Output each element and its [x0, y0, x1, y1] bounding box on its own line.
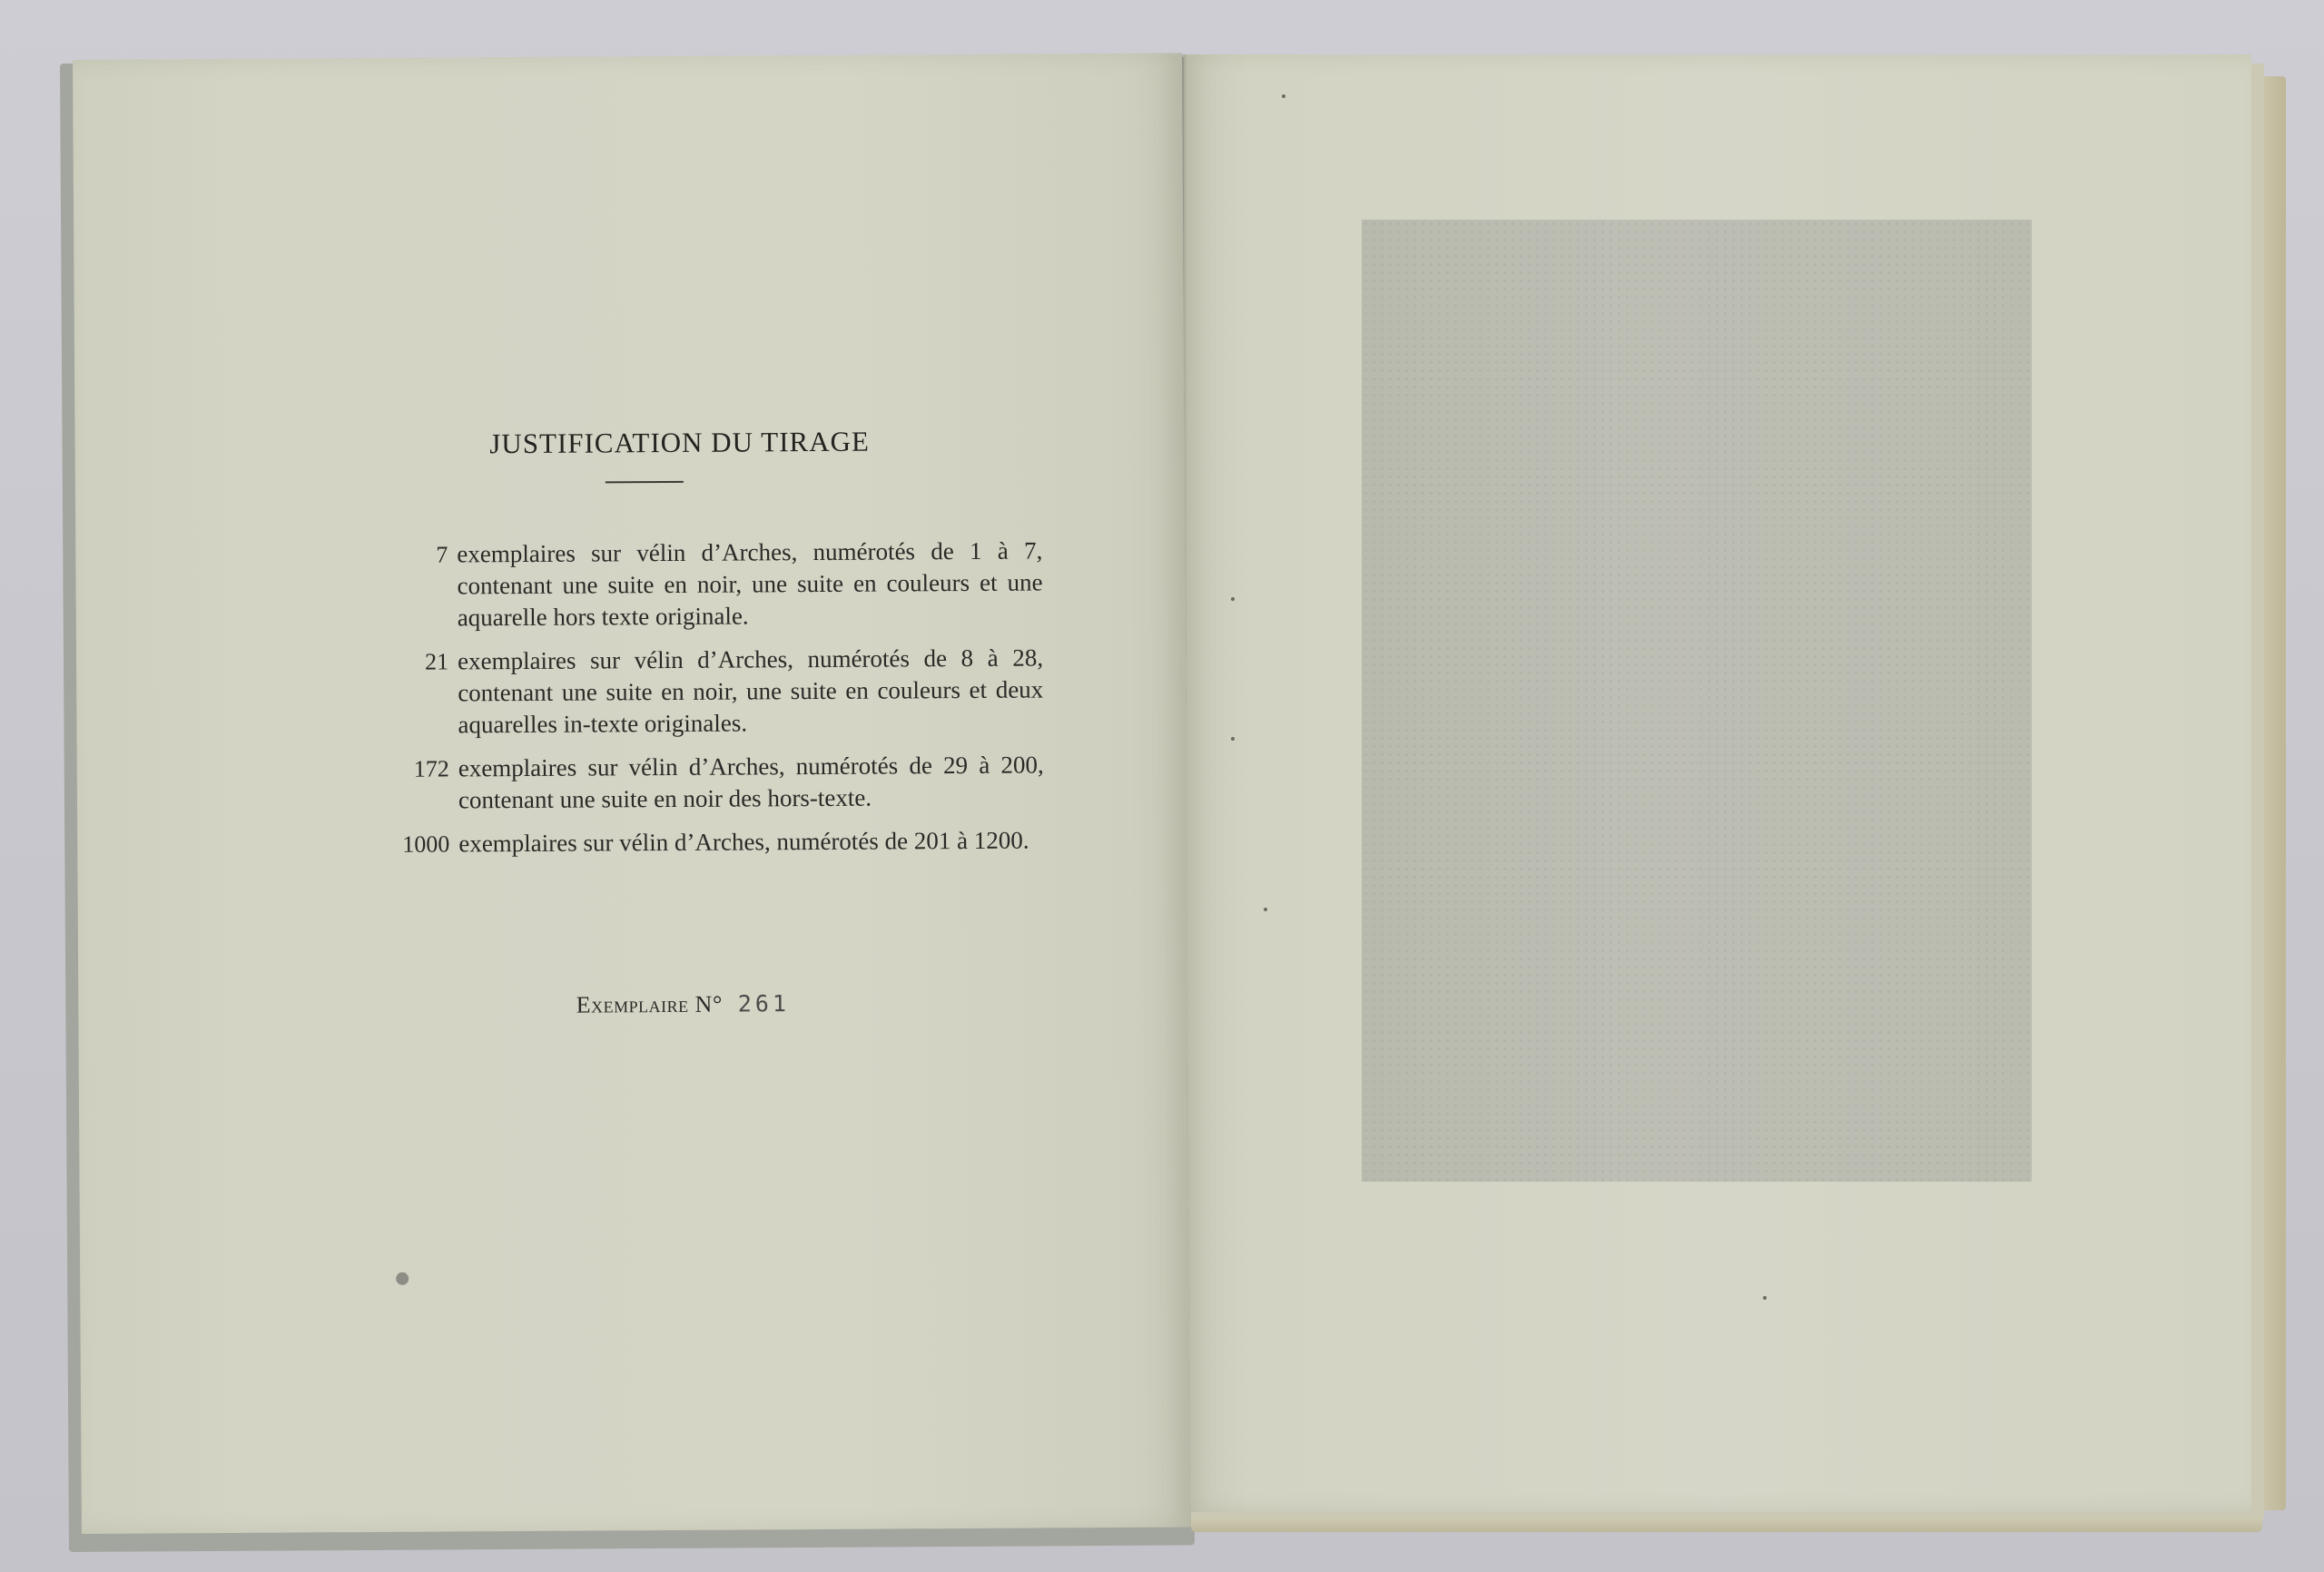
copy-number-line: Exemplaire N° 261: [78, 988, 1187, 1022]
edition-quantity: 21: [330, 645, 458, 742]
paper-speck: [1282, 94, 1285, 98]
edition-list: 7 exemplaires sur vélin d’Arches, numéro…: [330, 535, 1076, 872]
paper-speck: [1231, 597, 1235, 601]
paper-speck: [1231, 737, 1235, 741]
edition-description: exemplaires sur vélin d’Arches, numéroté…: [457, 535, 1043, 634]
edition-quantity: 172: [331, 752, 458, 817]
left-page: JUSTIFICATION DU TIRAGE 7 exemplaires su…: [73, 54, 1191, 1534]
copy-label: Exemplaire: [576, 991, 689, 1018]
paper-speck: [1763, 1296, 1767, 1300]
edition-quantity: 1000: [331, 828, 458, 860]
edition-entry: 1000 exemplaires sur vélin d’Arches, num…: [331, 824, 1076, 860]
paper-speck: [1264, 908, 1267, 911]
edition-description: exemplaires sur vélin d’Arches, numéroté…: [458, 749, 1044, 816]
edition-entry: 21 exemplaires sur vélin d’Arches, numér…: [330, 642, 1076, 742]
edition-entry: 7 exemplaires sur vélin d’Arches, numéro…: [330, 535, 1075, 634]
page-edges-right: [2264, 76, 2286, 1510]
paper-blemish: [396, 1272, 409, 1285]
plate-offset-image: [1362, 220, 2032, 1182]
edition-description: exemplaires sur vélin d’Arches, numéroté…: [458, 824, 1044, 860]
edition-entry: 172 exemplaires sur vélin d’Arches, numé…: [331, 749, 1076, 817]
page-edges-bottom: [1191, 1518, 2262, 1532]
page-title: JUSTIFICATION DU TIRAGE: [74, 424, 1184, 463]
edition-description: exemplaires sur vélin d’Arches, numéroté…: [458, 642, 1044, 741]
edition-quantity: 7: [330, 538, 458, 634]
title-rule: [606, 481, 684, 484]
justification-du-tirage: JUSTIFICATION DU TIRAGE 7 exemplaires su…: [73, 54, 1191, 1534]
copy-number-prefix: N°: [695, 991, 723, 1017]
copy-number-stamp: 261: [738, 990, 790, 1017]
